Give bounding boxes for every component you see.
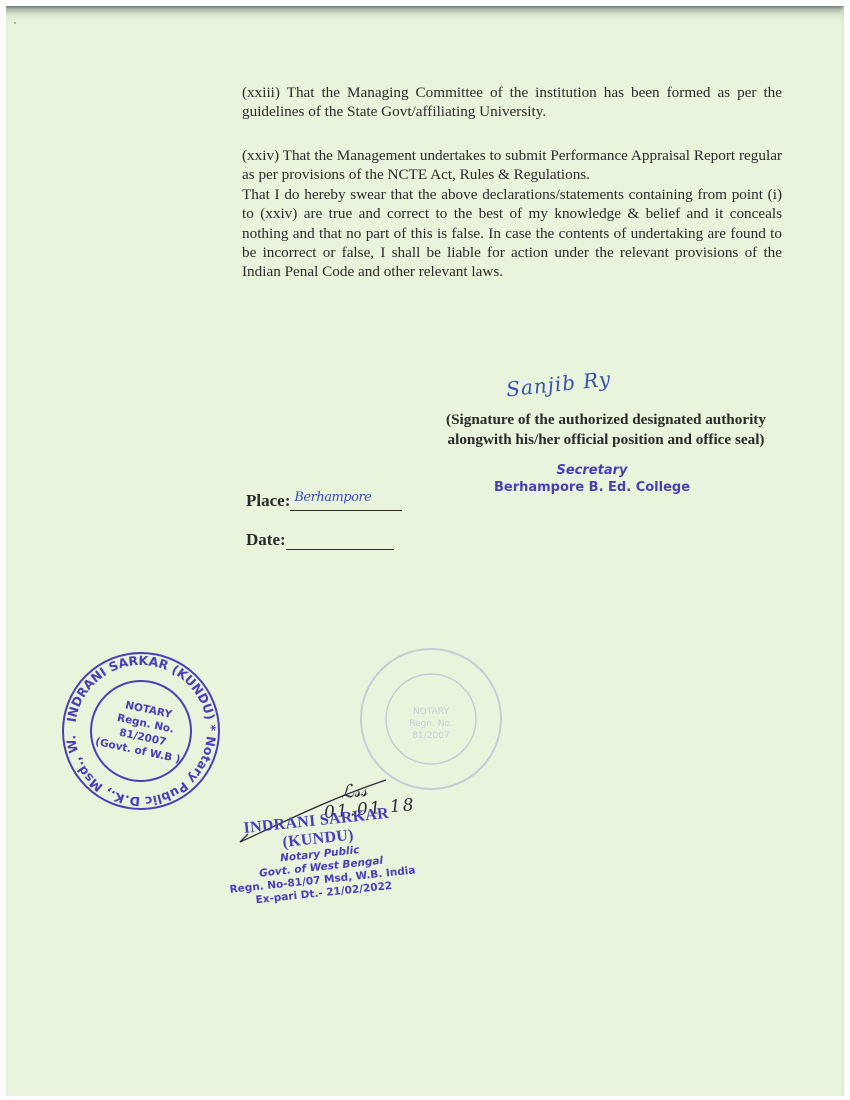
college-stamp: Secretary Berhampore B. Ed. College — [492, 462, 692, 496]
document-page: (xxiii) That the Managing Committee of t… — [6, 6, 844, 1096]
svg-text:NOTARY: NOTARY — [413, 707, 449, 717]
signature-caption: (Signature of the authorized designated … — [426, 410, 786, 450]
notary-seal-outer-text: INDRANI SARKAR (KUNDU) * Notary Public D… — [58, 648, 219, 809]
date-label: Date: — [246, 530, 286, 550]
clause-xxiv-text: (xxiv) That the Management undertakes to… — [242, 146, 782, 185]
place-field: Place:Berhampore — [246, 490, 402, 511]
svg-text:81/2007: 81/2007 — [412, 731, 449, 741]
clause-xxiii-text: (xxiii) That the Managing Committee of t… — [242, 83, 782, 122]
date-field: Date: — [246, 529, 394, 550]
signature-caption-line2: alongwith his/her official position and … — [426, 430, 786, 450]
scan-speck — [14, 22, 16, 24]
clause-xxiv: (xxiv) That the Management undertakes to… — [242, 146, 782, 282]
authority-signature: Sanjib Ry — [505, 367, 612, 402]
svg-text:Regn. No.: Regn. No. — [409, 719, 452, 729]
notary-round-seal: INDRANI SARKAR (KUNDU) * Notary Public D… — [58, 648, 224, 814]
college-stamp-institution: Berhampore B. Ed. College — [492, 479, 692, 496]
clause-xxiii: (xxiii) That the Managing Committee of t… — [242, 83, 782, 122]
signature-caption-line1: (Signature of the authorized designated … — [426, 410, 786, 430]
date-value — [286, 529, 394, 550]
declaration-text: That I do hereby swear that the above de… — [242, 185, 782, 282]
faded-seal-imprint: NOTARY Regn. No. 81/2007 — [356, 644, 506, 794]
college-stamp-role: Secretary — [492, 462, 692, 479]
place-label: Place: — [246, 491, 290, 511]
place-value: Berhampore — [290, 490, 402, 511]
